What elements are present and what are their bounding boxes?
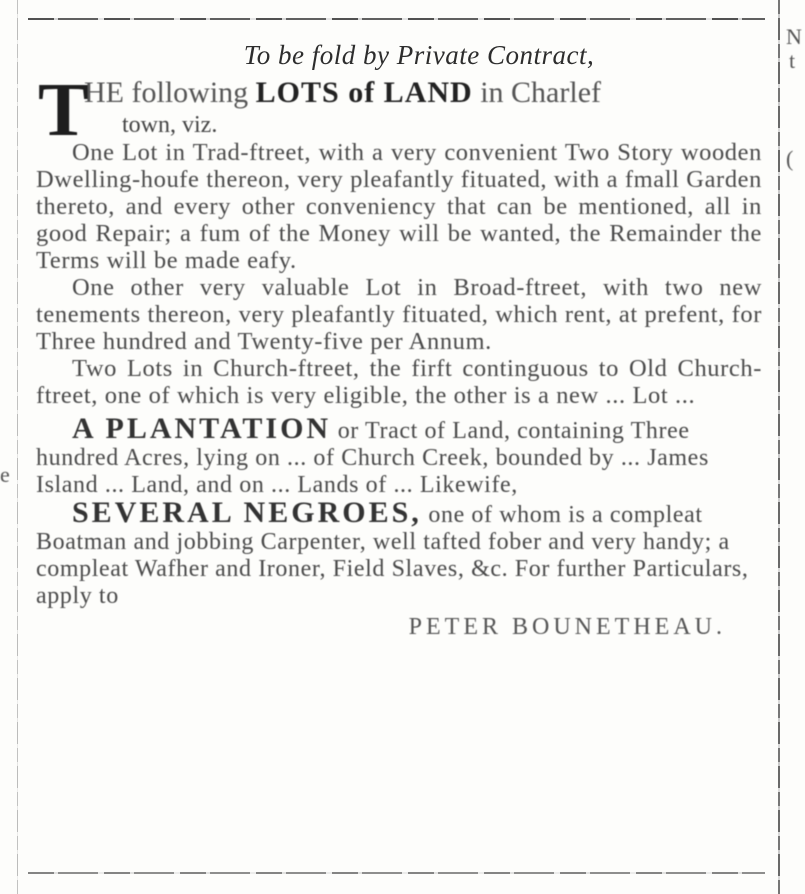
adjacent-column-fragment: N (786, 24, 802, 50)
right-column-rule (778, 0, 780, 894)
lead-prefix: HE following (84, 76, 248, 109)
left-column-rule (17, 0, 18, 894)
advertisement: To be fold by Private Contract, T HE fol… (36, 30, 762, 641)
ad-headline: To be fold by Private Contract, (76, 40, 762, 71)
paragraph-negroes: SEVERAL NEGROES, one of whom is a comple… (36, 499, 762, 610)
plantation-caps: A PLANTATION (72, 412, 331, 445)
paragraph-lot-3: Two Lots in Church-ftreet, the firft con… (36, 355, 762, 409)
top-divider-rule (28, 18, 765, 20)
newspaper-page: N t ( e To be fold by Private Contract, … (0, 0, 805, 894)
adjacent-column-fragment: ( (786, 146, 793, 172)
paragraph-lot-2: One other very valuable Lot in Broad-ftr… (36, 274, 762, 355)
paragraph-lot-1: One Lot in Trad-ftreet, with a very conv… (36, 139, 762, 274)
adjacent-column-fragment: t (789, 48, 795, 74)
bottom-divider-rule (28, 872, 765, 874)
lead-subline: town, viz. (36, 111, 762, 139)
ad-lead-line: T HE following LOTS of LAND in Charlef (36, 75, 762, 111)
lead-bold: LOTS of LAND (256, 76, 473, 109)
negroes-caps: SEVERAL NEGROES, (72, 496, 422, 529)
signature: PETER BOUNETHEAU. (36, 614, 762, 641)
lead-suffix: in Charlef (480, 76, 601, 109)
adjacent-column-fragment: e (0, 462, 10, 488)
paragraph-plantation: A PLANTATION or Tract of Land, containin… (36, 415, 762, 499)
